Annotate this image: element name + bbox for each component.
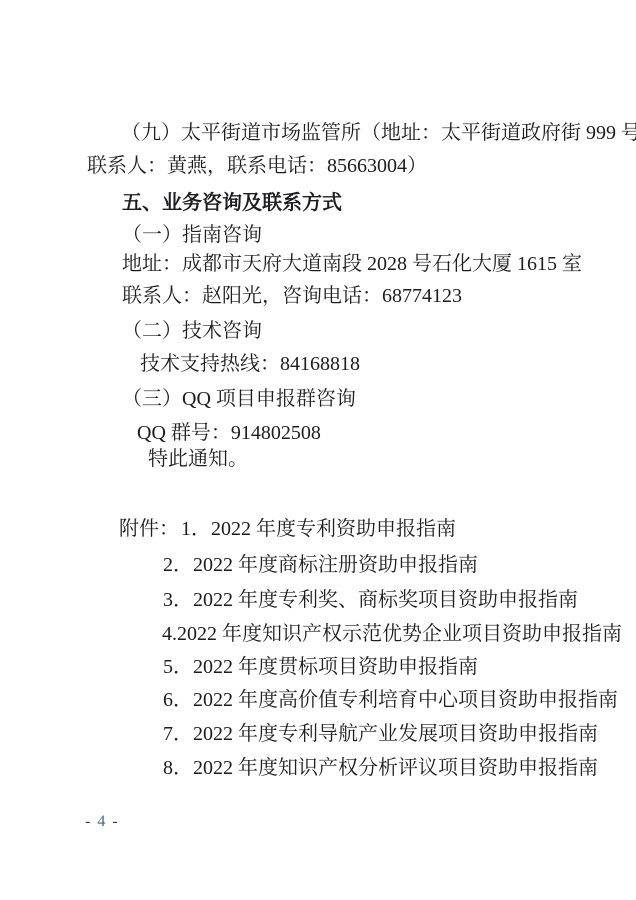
attachment-item: 5．2022 年度贯标项目资助申报指南	[163, 656, 478, 678]
notice-line: （一）指南咨询	[122, 224, 262, 246]
section-heading: 五、业务咨询及联系方式	[122, 192, 342, 214]
page-number-dash-right: -	[112, 813, 117, 830]
attachment-item: 6．2022 年度高价值专利培育中心项目资助申报指南	[163, 689, 618, 711]
notice-line: （九）太平街道市场监管所（地址：太平街道政府街 999 号，	[121, 122, 636, 144]
attachments-row: 附件：1．2022 年度专利资助申报指南	[119, 518, 456, 540]
page-number-dash-left: -	[85, 813, 90, 830]
page-number-value: 4	[97, 813, 105, 830]
notice-line: （二）技术咨询	[122, 320, 262, 342]
attachment-item: 3．2022 年度专利奖、商标奖项目资助申报指南	[163, 589, 578, 611]
attachment-item: 4.2022 年度知识产权示范优势企业项目资助申报指南	[162, 623, 622, 645]
notice-line: QQ 群号：914802508	[137, 422, 321, 444]
attachment-item: 1．2022 年度专利资助申报指南	[181, 518, 456, 540]
notice-line: 联系人：黄燕，联系电话：85663004）	[87, 155, 427, 177]
page-number: -4-	[85, 813, 118, 831]
document-page: （九）太平街道市场监管所（地址：太平街道政府街 999 号， 联系人：黄燕，联系…	[0, 0, 636, 900]
attachment-item: 2．2022 年度商标注册资助申报指南	[163, 554, 478, 576]
notice-line: 联系人：赵阳光，咨询电话：68774123	[122, 285, 462, 307]
attachments-label: 附件：	[119, 518, 179, 540]
attachment-item: 7．2022 年度专利导航产业发展项目资助申报指南	[163, 723, 598, 745]
notice-line: 特此通知。	[148, 448, 248, 470]
notice-line: 地址：成都市天府大道南段 2028 号石化大厦 1615 室	[122, 253, 582, 275]
attachment-item: 8．2022 年度知识产权分析评议项目资助申报指南	[163, 757, 598, 779]
notice-line: 技术支持热线：84168818	[140, 353, 360, 375]
notice-line: （三）QQ 项目申报群咨询	[122, 388, 356, 410]
